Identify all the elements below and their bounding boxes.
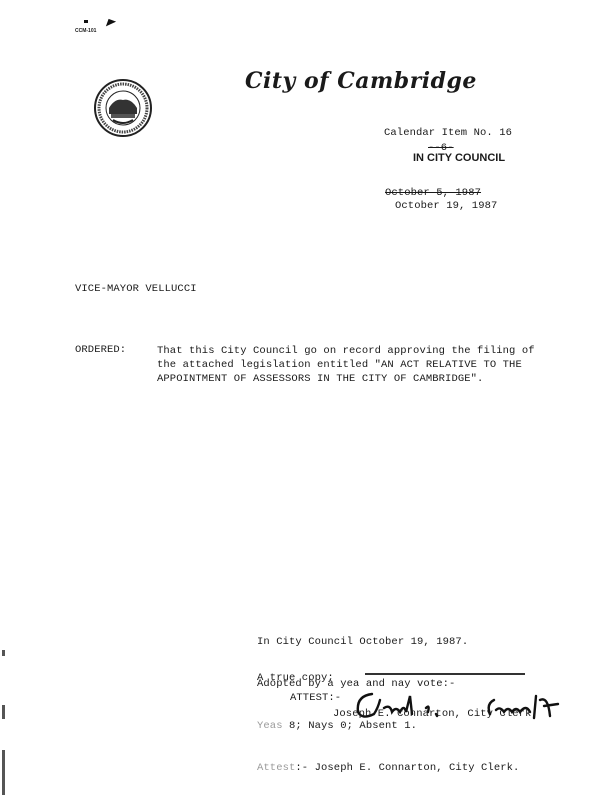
vote-attest: Attest:- Joseph E. Connarton, City Clerk… <box>257 761 519 775</box>
ordered-label: ORDERED: <box>75 344 126 356</box>
attest-label: ATTEST:- <box>290 692 341 704</box>
order-text: That this City Council go on record appr… <box>157 344 535 386</box>
page-title: City of Cambridge <box>245 68 477 94</box>
order-line: That this City Council go on record appr… <box>157 344 535 358</box>
council-heading: IN CITY COUNCIL <box>413 152 505 164</box>
order-line: APPOINTMENT OF ASSESSORS IN THE CITY OF … <box>157 372 535 386</box>
scan-edge-mark <box>2 650 5 656</box>
vote-line: In City Council October 19, 1987. <box>257 635 519 649</box>
meeting-date: October 19, 1987 <box>395 200 497 212</box>
scan-edge-mark <box>2 750 5 795</box>
order-line: the attached legislation entitled "AN AC… <box>157 358 535 372</box>
attest-label: Attest <box>257 762 295 774</box>
scan-mark <box>106 19 116 29</box>
scan-edge-mark <box>2 705 5 719</box>
city-seal-icon <box>74 60 134 120</box>
scan-mark <box>84 20 88 23</box>
calendar-item-number: Calendar Item No. 16 <box>384 127 512 139</box>
struck-date: October 5, 1987 <box>385 187 481 199</box>
form-code: CCM-101 <box>75 28 96 34</box>
attest-clerk: :- Joseph E. Connarton, City Clerk. <box>295 762 519 774</box>
true-copy-label: A true copy; <box>257 672 334 684</box>
sponsor: VICE-MAYOR VELLUCCI <box>75 283 197 295</box>
clerk-signature <box>325 668 565 708</box>
yeas-label: Yeas <box>257 720 283 732</box>
clerk-name: Joseph E. Connarton, City Clerk. <box>333 708 538 720</box>
